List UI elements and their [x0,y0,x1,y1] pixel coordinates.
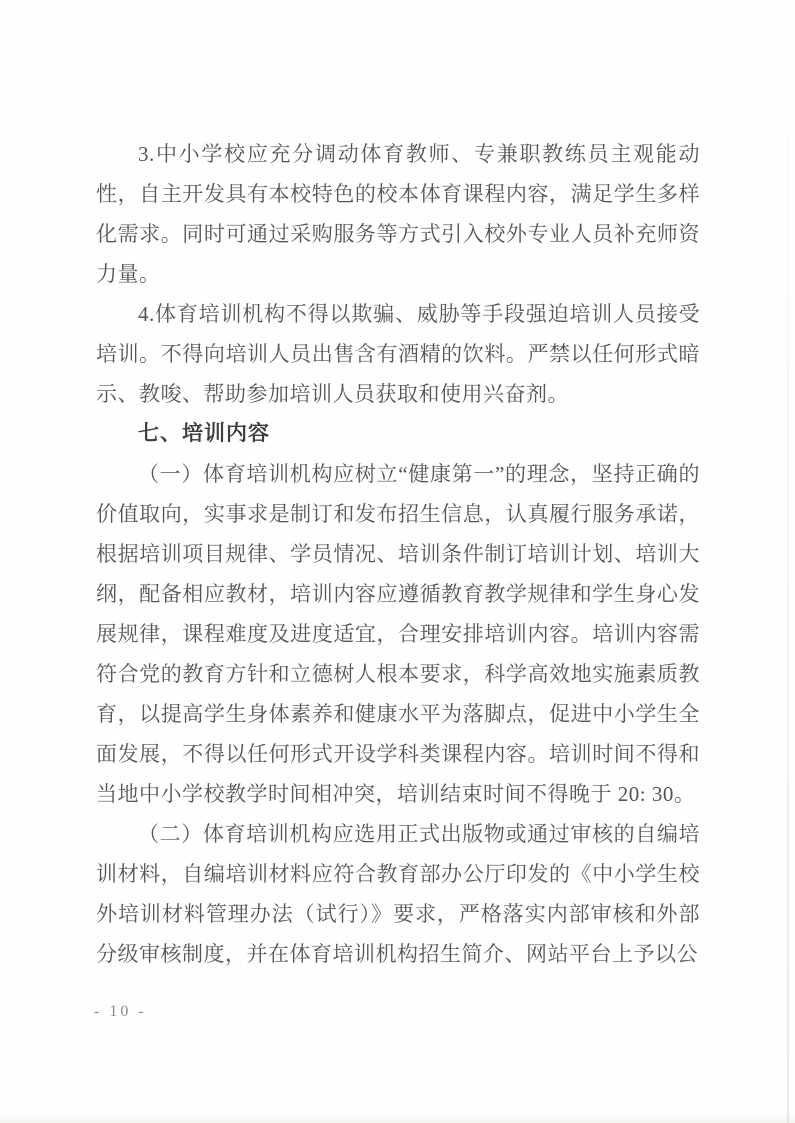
document-page: 3.中小学校应充分调动体育教师、专兼职教练员主观能动性，自主开发具有本校特色的校… [0,0,795,1123]
paragraph-item-4: 4.体育培训机构不得以欺骗、威胁等手段强迫培训人员接受培训。不得向培训人员出售含… [96,294,700,414]
document-body: 3.中小学校应充分调动体育教师、专兼职教练员主观能动性，自主开发具有本校特色的校… [96,0,700,974]
page-number: - 10 - [94,1003,147,1021]
paragraph-item-3: 3.中小学校应充分调动体育教师、专兼职教练员主观能动性，自主开发具有本校特色的校… [96,134,700,294]
paragraph-section-1: （一）体育培训机构应树立“健康第一”的理念，坚持正确的价值取向，实事求是制订和发… [96,454,700,814]
scan-edge-bottom [0,1113,795,1123]
paragraph-section-2: （二）体育培训机构应选用正式出版物或通过审核的自编培训材料，自编培训材料应符合教… [96,814,700,974]
section-heading-training-content: 七、培训内容 [96,414,700,454]
scan-edge-right [787,0,789,1123]
